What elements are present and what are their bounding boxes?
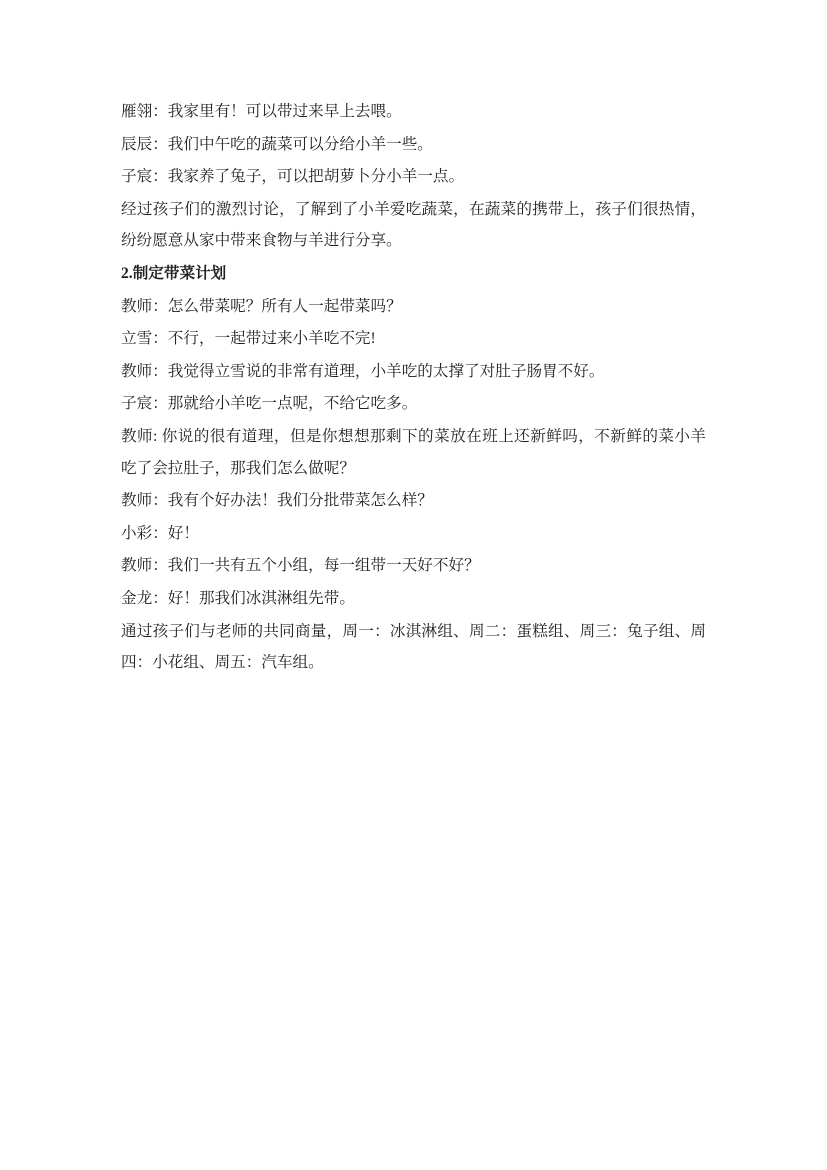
paragraph: 子宸：那就给小羊吃一点呢，不给它吃多。 [121,388,706,420]
paragraph: 教师：我们一共有五个小组，每一组带一天好不好？ [121,550,706,582]
document-page: 雁翎：我家里有！可以带过来早上去喂。辰辰：我们中午吃的蔬菜可以分给小羊一些。子宸… [0,0,827,1170]
paragraph: 辰辰：我们中午吃的蔬菜可以分给小羊一些。 [121,129,706,161]
paragraph: 教师：我有个好办法！我们分批带菜怎么样？ [121,485,706,517]
paragraph: 教师: 你说的很有道理，但是你想想那剩下的菜放在班上还新鲜吗，不新鲜的菜小羊吃了… [121,421,706,484]
paragraph: 立雪：不行，一起带过来小羊吃不完! [121,323,706,355]
section-heading: 2.制定带菜计划 [121,258,706,290]
paragraph: 金龙：好！那我们冰淇淋组先带。 [121,583,706,615]
paragraph: 通过孩子们与老师的共同商量，周一：冰淇淋组、周二：蛋糕组、周三：兔子组、周四：小… [121,616,706,679]
paragraph: 教师：怎么带菜呢？所有人一起带菜吗？ [121,291,706,323]
paragraph: 子宸：我家养了兔子，可以把胡萝卜分小羊一点。 [121,161,706,193]
paragraph: 雁翎：我家里有！可以带过来早上去喂。 [121,96,706,128]
paragraph: 经过孩子们的激烈讨论，了解到了小羊爱吃蔬菜，在蔬菜的携带上，孩子们很热情，纷纷愿… [121,194,706,257]
paragraph: 教师：我觉得立雪说的非常有道理，小羊吃的太撑了对肚子肠胃不好。 [121,356,706,388]
document-content: 雁翎：我家里有！可以带过来早上去喂。辰辰：我们中午吃的蔬菜可以分给小羊一些。子宸… [121,96,706,680]
paragraph: 小彩：好！ [121,518,706,550]
